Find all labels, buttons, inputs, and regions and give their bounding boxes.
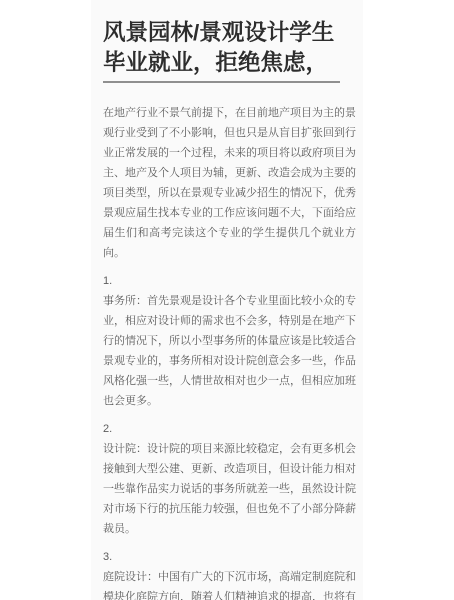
section-number: 3. xyxy=(103,547,356,567)
section-number: 1. xyxy=(103,271,356,291)
article-card: 风景园林/景观设计学生毕业就业，拒绝焦虑， 在地产行业不景气前提下，在目前地产项… xyxy=(91,0,363,600)
section-3: 3. 庭院设计：中国有广大的下沉市场，高端定制庭院和模块化庭院方向，随着人们精神… xyxy=(103,547,356,600)
section-2: 2. 设计院：设计院的项目来源比较稳定，会有更多机会接触到大型公建、更新、改造项… xyxy=(103,419,356,539)
section-1: 1. 事务所：首先景观是设计各个专业里面比较小众的专业，相应对设计师的需求也不会… xyxy=(103,271,356,411)
section-paragraph: 庭院设计：中国有广大的下沉市场，高端定制庭院和模块化庭院方向，随着人们精神追求的… xyxy=(103,567,356,600)
intro-paragraph: 在地产行业不景气前提下，在目前地产项目为主的景观行业受到了不小影响，但也只是从盲… xyxy=(103,103,356,263)
title-divider xyxy=(103,81,340,83)
section-number: 2. xyxy=(103,419,356,439)
section-paragraph: 事务所：首先景观是设计各个专业里面比较小众的专业，相应对设计师的需求也不会多，特… xyxy=(103,291,356,411)
article-title: 风景园林/景观设计学生毕业就业，拒绝焦虑， xyxy=(103,18,356,78)
section-paragraph: 设计院：设计院的项目来源比较稳定，会有更多机会接触到大型公建、更新、改造项目，但… xyxy=(103,439,356,539)
